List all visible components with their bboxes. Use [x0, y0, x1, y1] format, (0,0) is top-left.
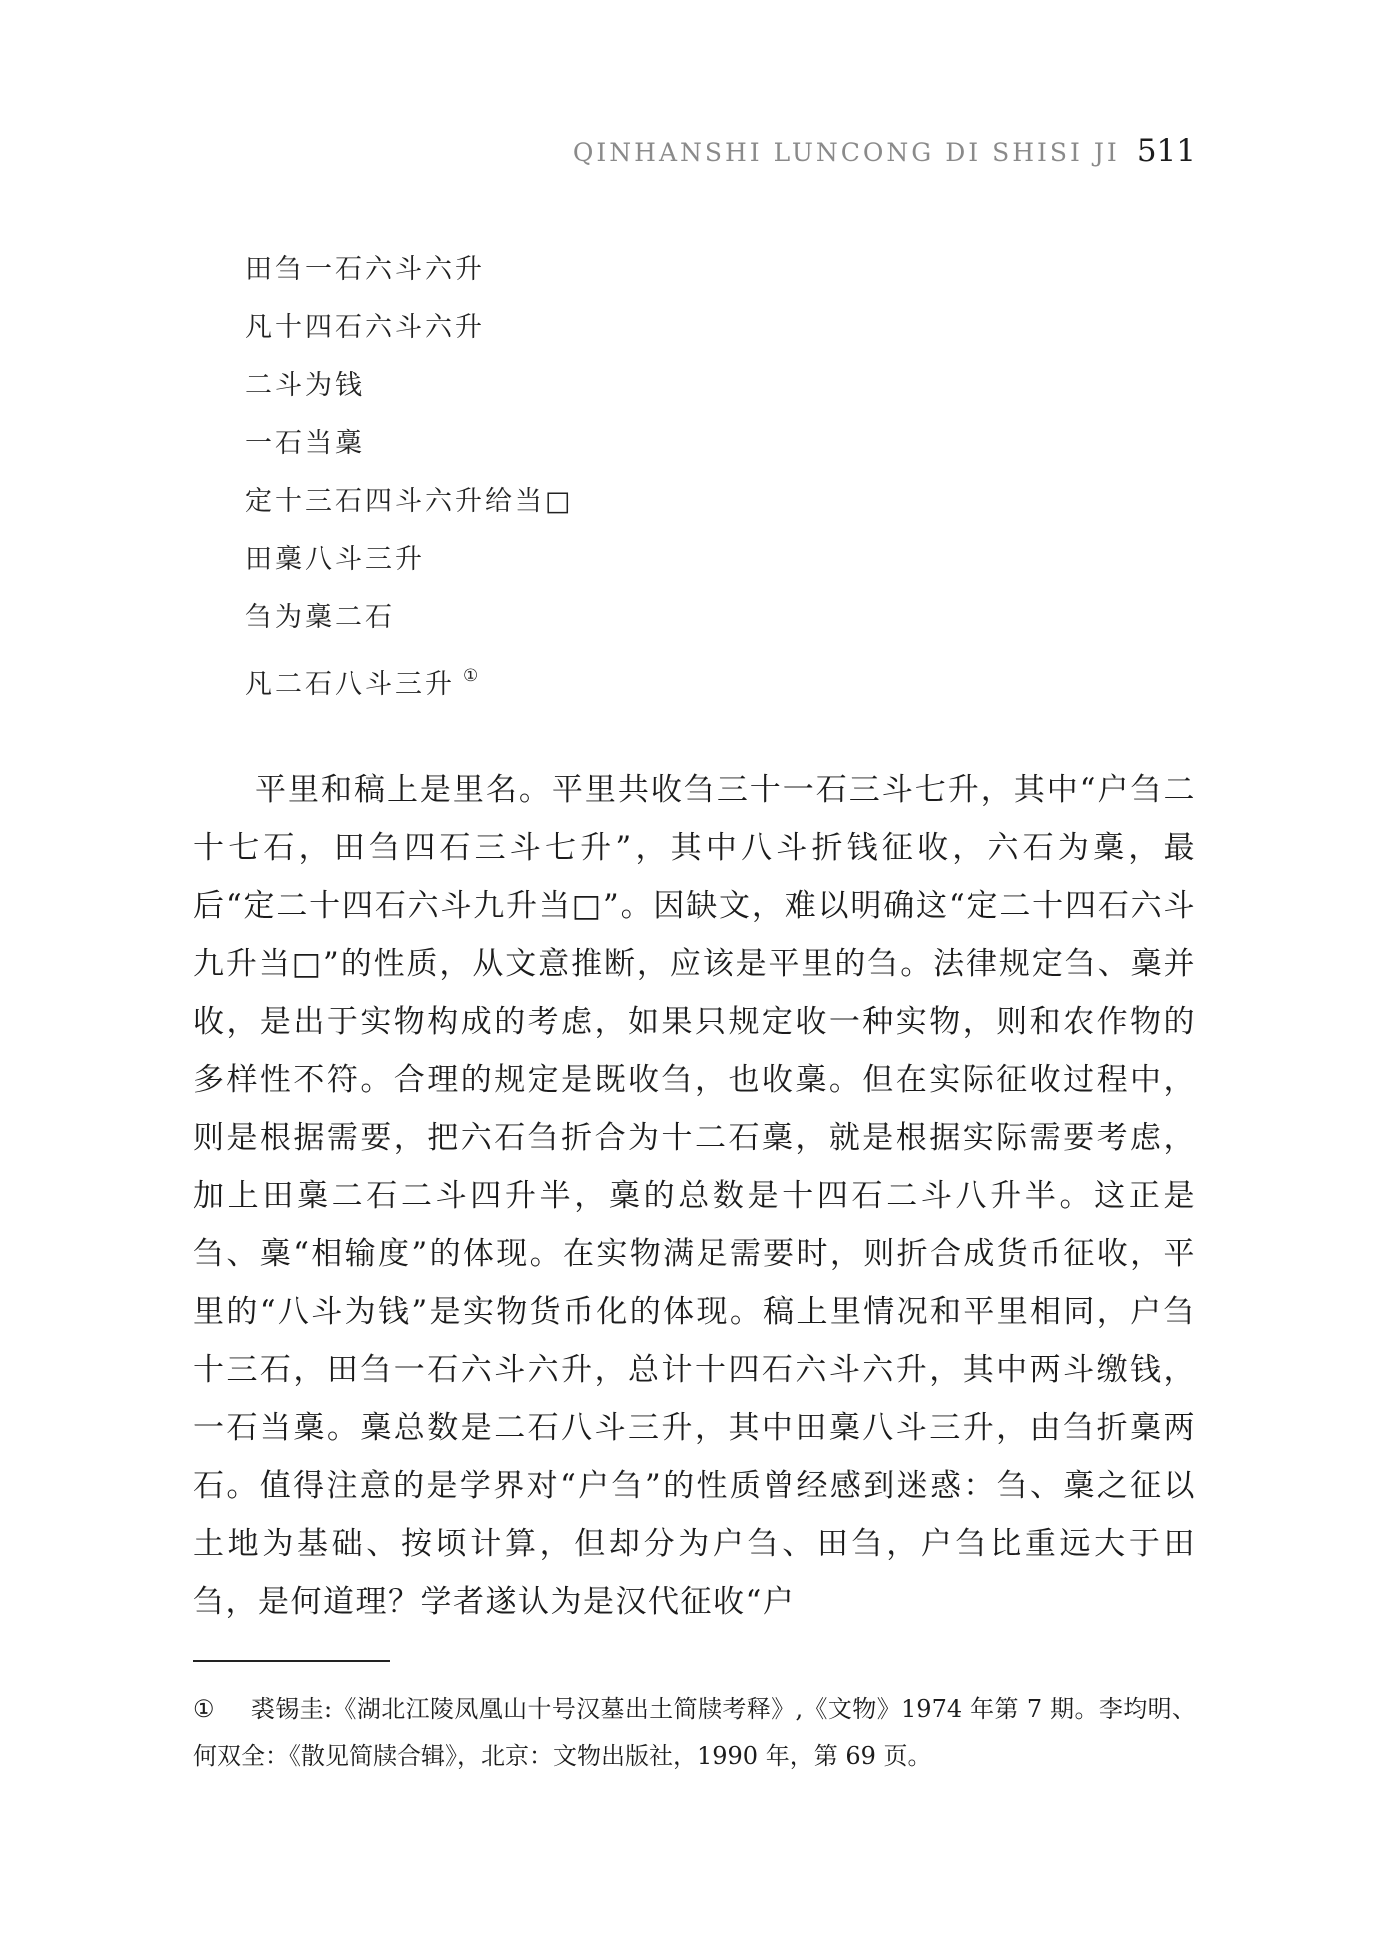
body-paragraph: 平里和稿上是里名。平里共收刍三十一石三斗七升，其中“户刍二十七石，田刍四石三斗七… — [193, 761, 1196, 1631]
quote-line-2: 凡十四石六斗六升 — [245, 299, 574, 357]
quote-line-1: 田刍一石六斗六升 — [245, 241, 574, 299]
footnote-text: 裘锡圭:《湖北江陵凤凰山十号汉墓出土简牍考释》,《文物》1974 年第 7 期。… — [193, 1695, 1196, 1770]
running-header: QINHANSHI LUNCONG DI SHISI JI 511 — [193, 133, 1196, 169]
footnote-divider — [193, 1660, 390, 1662]
quote-line-4: 一石当稾 — [245, 415, 574, 473]
document-page: QINHANSHI LUNCONG DI SHISI JI 511 田刍一石六斗… — [0, 0, 1386, 1938]
quote-block: 田刍一石六斗六升 凡十四石六斗六升 二斗为钱 一石当稾 定十三石四斗六升给当□ … — [245, 241, 574, 705]
page-number: 511 — [1137, 133, 1196, 169]
quote-line-7: 刍为稾二石 — [245, 589, 574, 647]
quote-line-8-text: 凡二石八斗三升 — [245, 669, 455, 700]
footnote: ①裘锡圭:《湖北江陵凤凰山十号汉墓出土简牍考释》,《文物》1974 年第 7 期… — [193, 1686, 1196, 1780]
header-title: QINHANSHI LUNCONG DI SHISI JI — [573, 138, 1120, 167]
quote-line-3: 二斗为钱 — [245, 357, 574, 415]
quote-line-5: 定十三石四斗六升给当□ — [245, 473, 574, 531]
footnote-reference: ① — [463, 666, 478, 686]
quote-line-6: 田稾八斗三升 — [245, 531, 574, 589]
quote-line-8: 凡二石八斗三升① — [245, 647, 574, 705]
footnote-marker: ① — [193, 1695, 215, 1723]
